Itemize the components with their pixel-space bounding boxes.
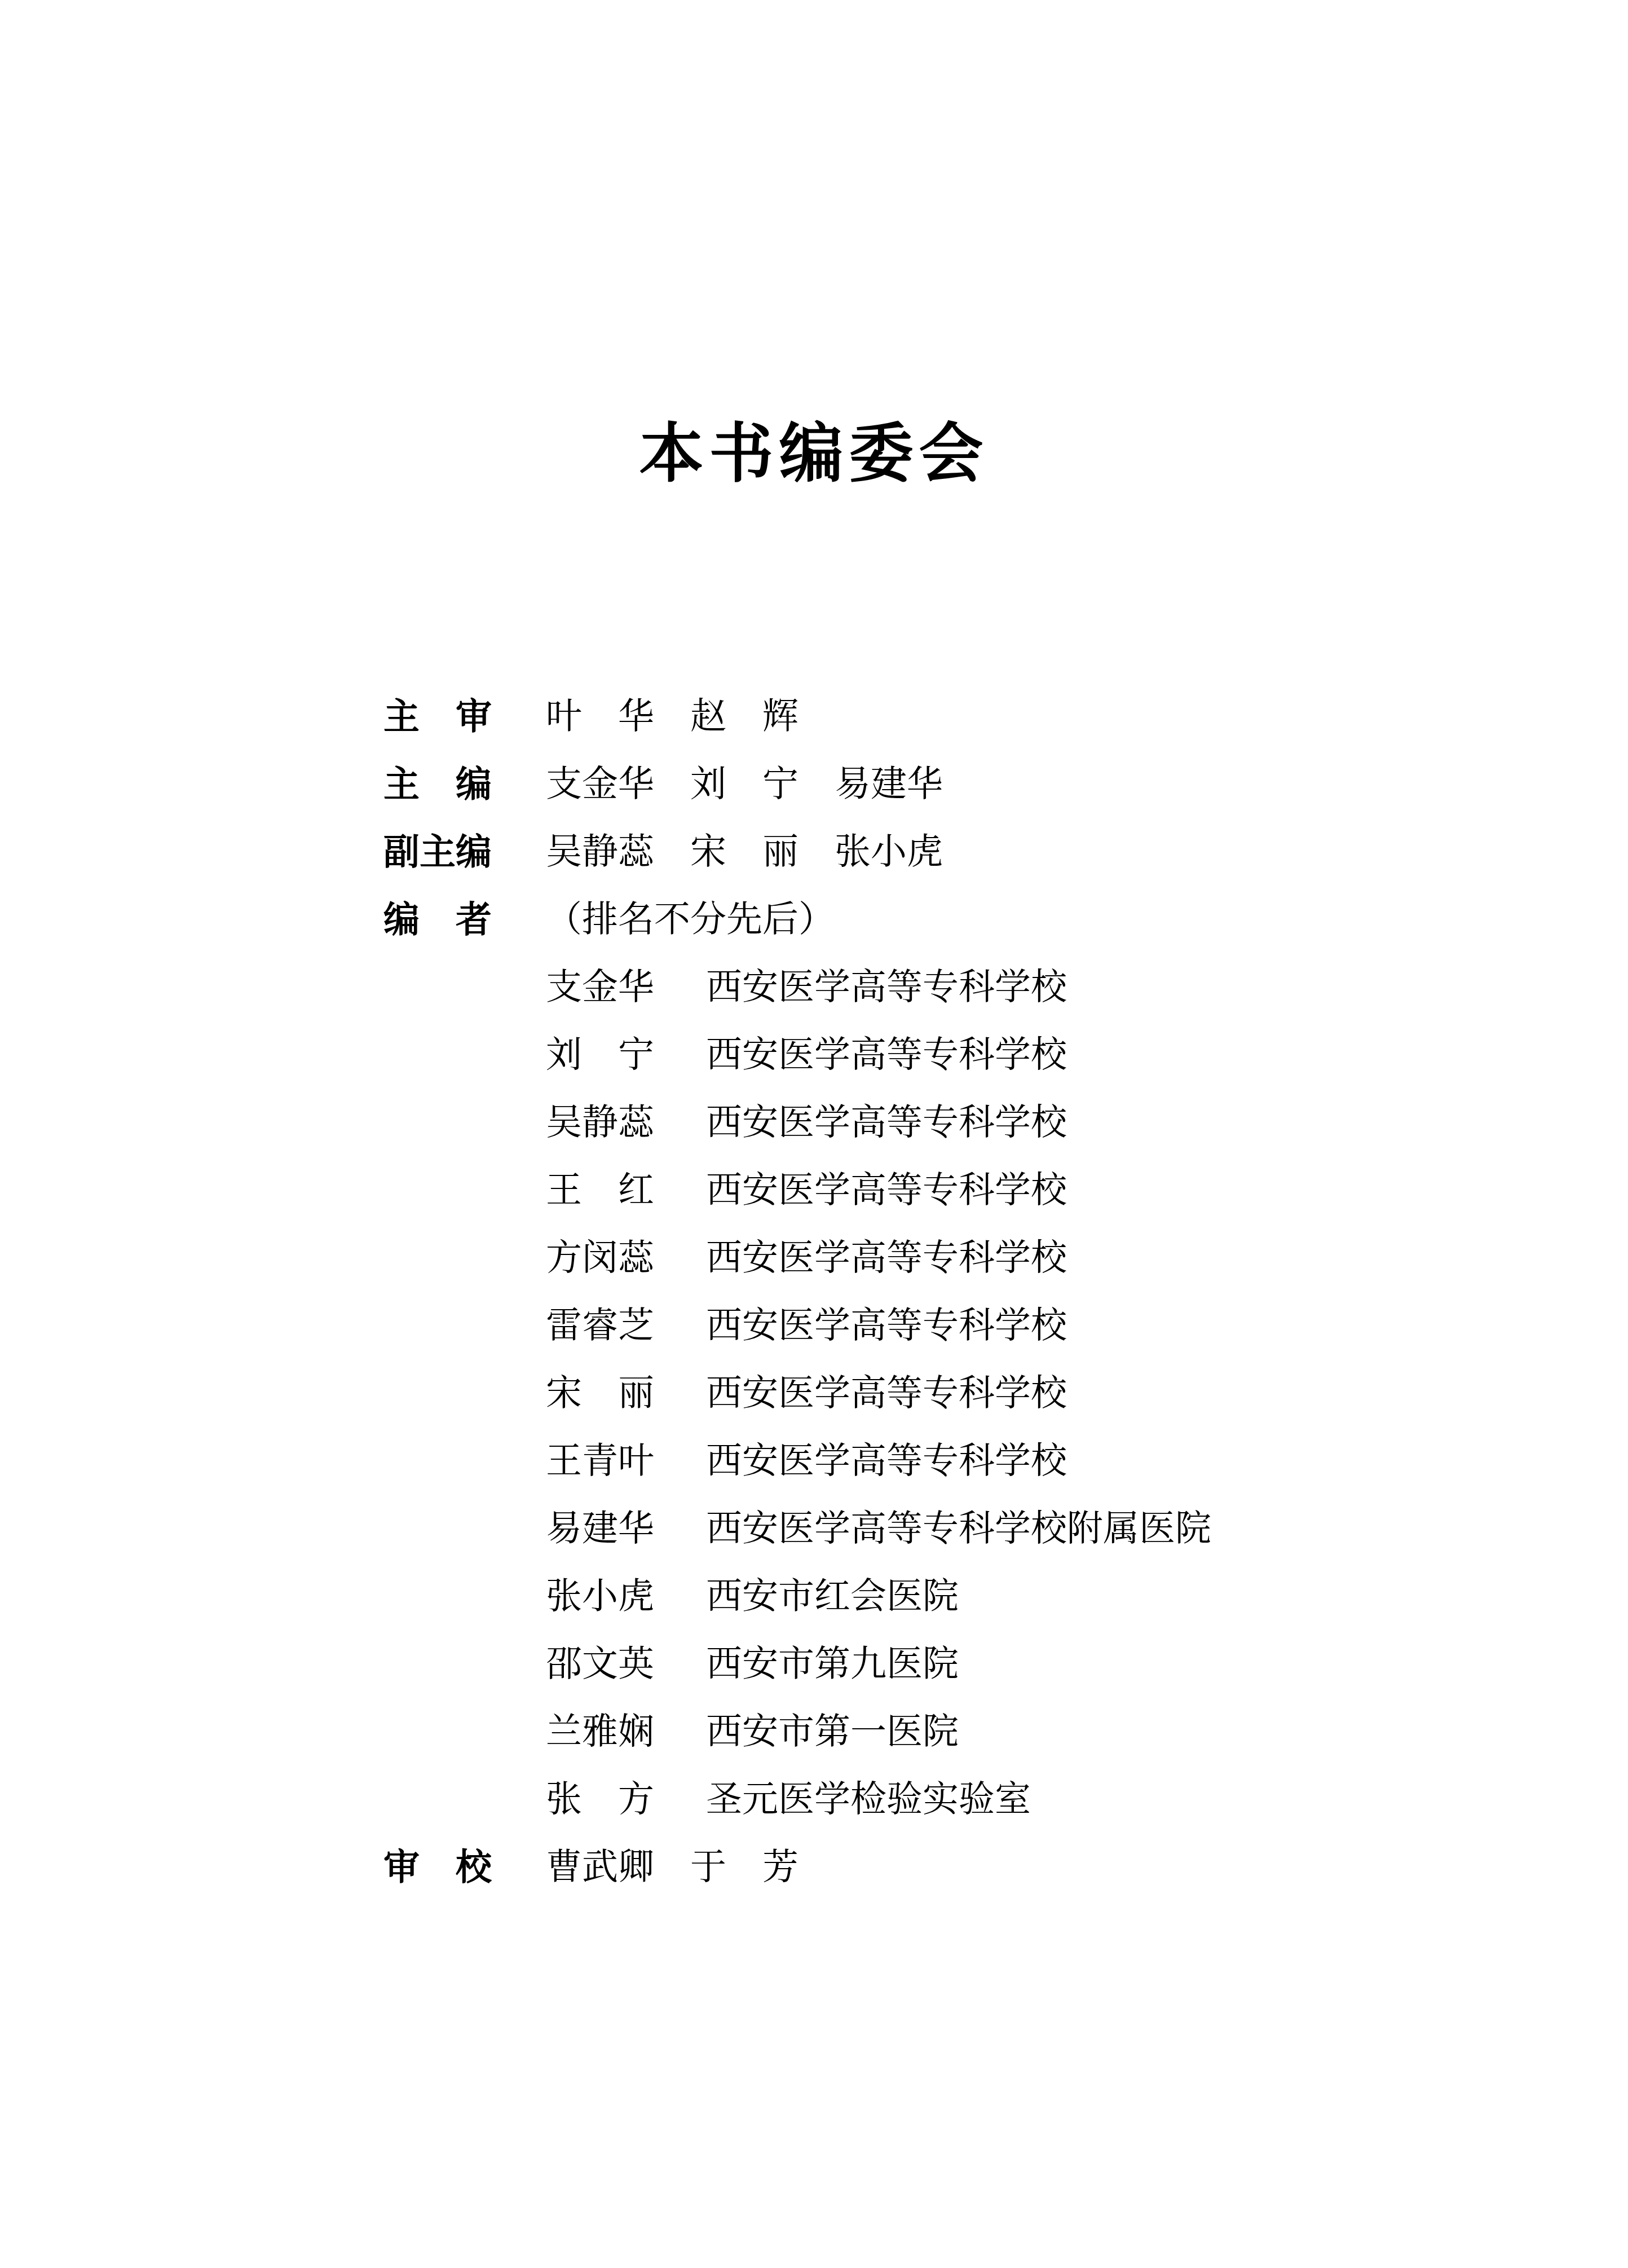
role-names: 曹武卿 于 芳 [546, 1847, 798, 1887]
editor-row: 刘 宁西安医学高等专科学校 [383, 1037, 1628, 1073]
role-label: 主 审 [383, 698, 546, 734]
editor-affiliation: 西安医学高等专科学校 [706, 967, 1067, 1007]
role-row-proofreader: 审 校曹武卿 于 芳 [383, 1849, 1628, 1885]
editor-name: 雷睿芝 [546, 1307, 654, 1344]
role-row-chief-editor: 主 编支金华 刘 宁 易建华 [383, 766, 1628, 802]
committee-content: 主 审叶 华 赵 辉 主 编支金华 刘 宁 易建华 副主编吴静蕊 宋 丽 张小虎… [383, 698, 1628, 1917]
role-row-deputy-editor: 副主编吴静蕊 宋 丽 张小虎 [383, 834, 1628, 870]
role-names: 叶 华 赵 辉 [546, 696, 798, 736]
editor-affiliation: 西安医学高等专科学校 [706, 1034, 1067, 1074]
editor-affiliation: 西安市第一医院 [706, 1711, 959, 1751]
editor-row: 雷睿芝西安医学高等专科学校 [383, 1307, 1628, 1344]
editor-affiliation: 圣元医学检验实验室 [706, 1779, 1031, 1819]
editor-name: 吴静蕊 [546, 1104, 654, 1140]
editor-name: 张 方 [546, 1781, 654, 1817]
editor-name: 王青叶 [546, 1443, 654, 1479]
editor-affiliation: 西安医学高等专科学校 [706, 1305, 1067, 1345]
editor-name: 宋 丽 [546, 1375, 654, 1411]
editor-name: 王 红 [546, 1172, 654, 1208]
role-label: 审 校 [383, 1849, 546, 1885]
editor-row: 王青叶西安医学高等专科学校 [383, 1443, 1628, 1479]
contributors-note: （排名不分先后） [546, 899, 835, 939]
editor-affiliation: 西安医学高等专科学校 [706, 1102, 1067, 1142]
editor-affiliation: 西安医学高等专科学校附属医院 [706, 1508, 1211, 1548]
editor-row: 王 红西安医学高等专科学校 [383, 1172, 1628, 1208]
editor-name: 方闵蕊 [546, 1240, 654, 1276]
role-row-chief-reviewer: 主 审叶 华 赵 辉 [383, 698, 1628, 734]
role-names: 支金华 刘 宁 易建华 [546, 764, 943, 804]
editor-name: 兰雅娴 [546, 1714, 654, 1750]
editor-affiliation: 西安市第九医院 [706, 1644, 959, 1684]
page-title: 本书编委会 [0, 422, 1628, 486]
editor-affiliation: 西安医学高等专科学校 [706, 1170, 1067, 1210]
role-names: 吴静蕊 宋 丽 张小虎 [546, 831, 943, 871]
editor-name: 邵文英 [546, 1646, 654, 1682]
role-label: 副主编 [383, 834, 546, 870]
editor-row: 邵文英西安市第九医院 [383, 1646, 1628, 1682]
editor-name: 张小虎 [546, 1578, 654, 1614]
editor-affiliation: 西安医学高等专科学校 [706, 1441, 1067, 1481]
editor-row: 兰雅娴西安市第一医院 [383, 1714, 1628, 1750]
editor-affiliation: 西安市红会医院 [706, 1576, 959, 1616]
editor-row: 支金华西安医学高等专科学校 [383, 969, 1628, 1005]
editor-row: 张 方圣元医学检验实验室 [383, 1781, 1628, 1817]
editor-row: 张小虎西安市红会医院 [383, 1578, 1628, 1614]
editor-name: 易建华 [546, 1510, 654, 1547]
role-label: 编 者 [383, 901, 546, 937]
role-row-contributors: 编 者（排名不分先后） [383, 901, 1628, 937]
editor-row: 易建华西安医学高等专科学校附属医院 [383, 1510, 1628, 1547]
editor-affiliation: 西安医学高等专科学校 [706, 1373, 1067, 1413]
editor-affiliation: 西安医学高等专科学校 [706, 1238, 1067, 1278]
editor-row: 方闵蕊西安医学高等专科学校 [383, 1240, 1628, 1276]
book-committee-page: 本书编委会 主 审叶 华 赵 辉 主 编支金华 刘 宁 易建华 副主编吴静蕊 宋… [0, 0, 1628, 2268]
editor-name: 支金华 [546, 969, 654, 1005]
role-label: 主 编 [383, 766, 546, 802]
editor-row: 吴静蕊西安医学高等专科学校 [383, 1104, 1628, 1140]
editor-name: 刘 宁 [546, 1037, 654, 1073]
editor-row: 宋 丽西安医学高等专科学校 [383, 1375, 1628, 1411]
